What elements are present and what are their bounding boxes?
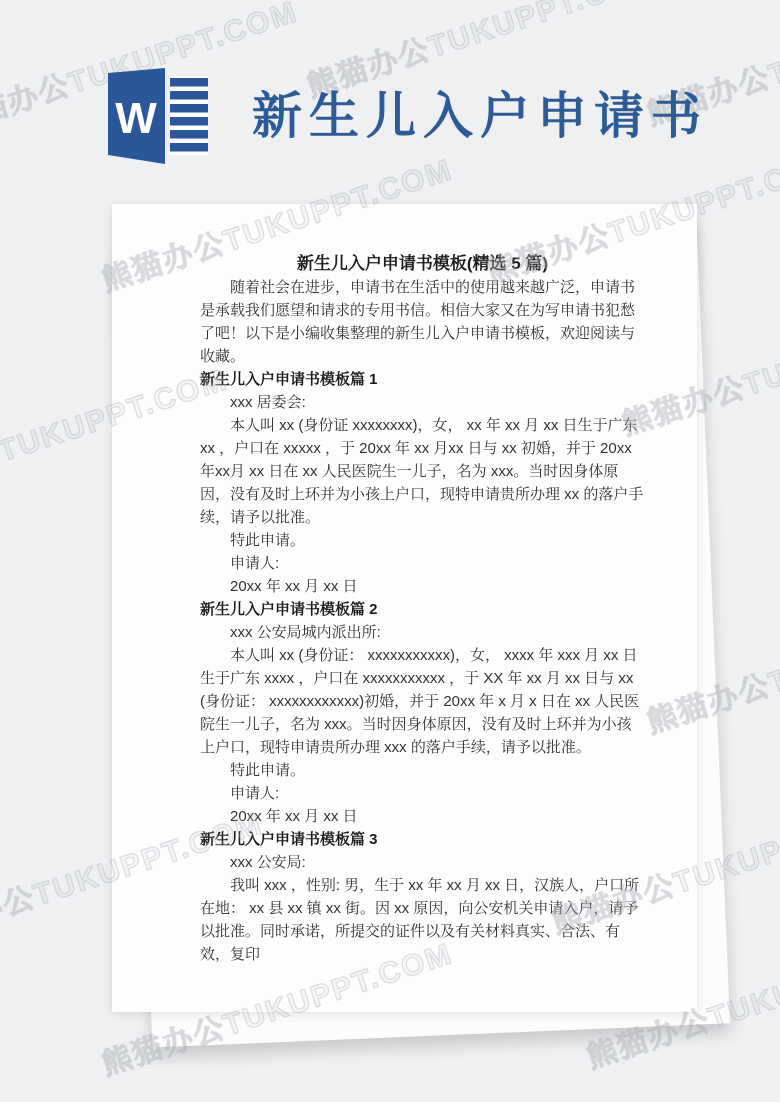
section-heading: 新生儿入户申请书模板篇 1 [200, 368, 645, 391]
section-heading: 新生儿入户申请书模板篇 2 [200, 598, 645, 621]
document-title: 新生儿入户申请书模板(精选 5 篇) [200, 252, 645, 276]
canvas: 熊猫办公TUKUPPT.COM 熊猫办公TUKUPPT.COM 熊猫办公TUKU… [0, 0, 780, 1102]
salutation-line: xxx 公安局城内派出所: [200, 621, 645, 644]
closing-line: 特此申请。 [200, 759, 645, 782]
salutation-line: xxx 居委会: [200, 391, 645, 414]
ms-word-icon: W [95, 62, 235, 170]
section-heading: 新生儿入户申请书模板篇 3 [200, 828, 645, 851]
date-line: 20xx 年 xx 月 xx 日 [200, 805, 645, 828]
intro-paragraph: 随着社会在进步，申请书在生活中的使用越来越广泛，申请书是承载我们愿望和请求的专用… [200, 276, 645, 368]
word-letter: W [115, 94, 157, 143]
document-content: 新生儿入户申请书模板(精选 5 篇) 随着社会在进步，申请书在生活中的使用越来越… [200, 252, 645, 966]
closing-line: 特此申请。 [200, 529, 645, 552]
date-line: 20xx 年 xx 月 xx 日 [200, 575, 645, 598]
document-page: 新生儿入户申请书模板(精选 5 篇) 随着社会在进步，申请书在生活中的使用越来越… [112, 204, 697, 1012]
applicant-line: 申请人: [200, 552, 645, 575]
page-title: 新生儿入户申请书 [252, 76, 708, 148]
applicant-line: 申请人: [200, 782, 645, 805]
body-paragraph: 本人叫 xx (身份证 xxxxxxxx)，女， xx 年 xx 月 xx 日生… [200, 414, 645, 529]
body-paragraph: 我叫 xxx ，性别: 男，生于 xx 年 xx 月 xx 日，汉族人，户口所在… [200, 874, 645, 966]
body-paragraph: 本人叫 xx (身份证： xxxxxxxxxxx)，女， xxxx 年 xxx … [200, 644, 645, 759]
salutation-line: xxx 公安局: [200, 851, 645, 874]
